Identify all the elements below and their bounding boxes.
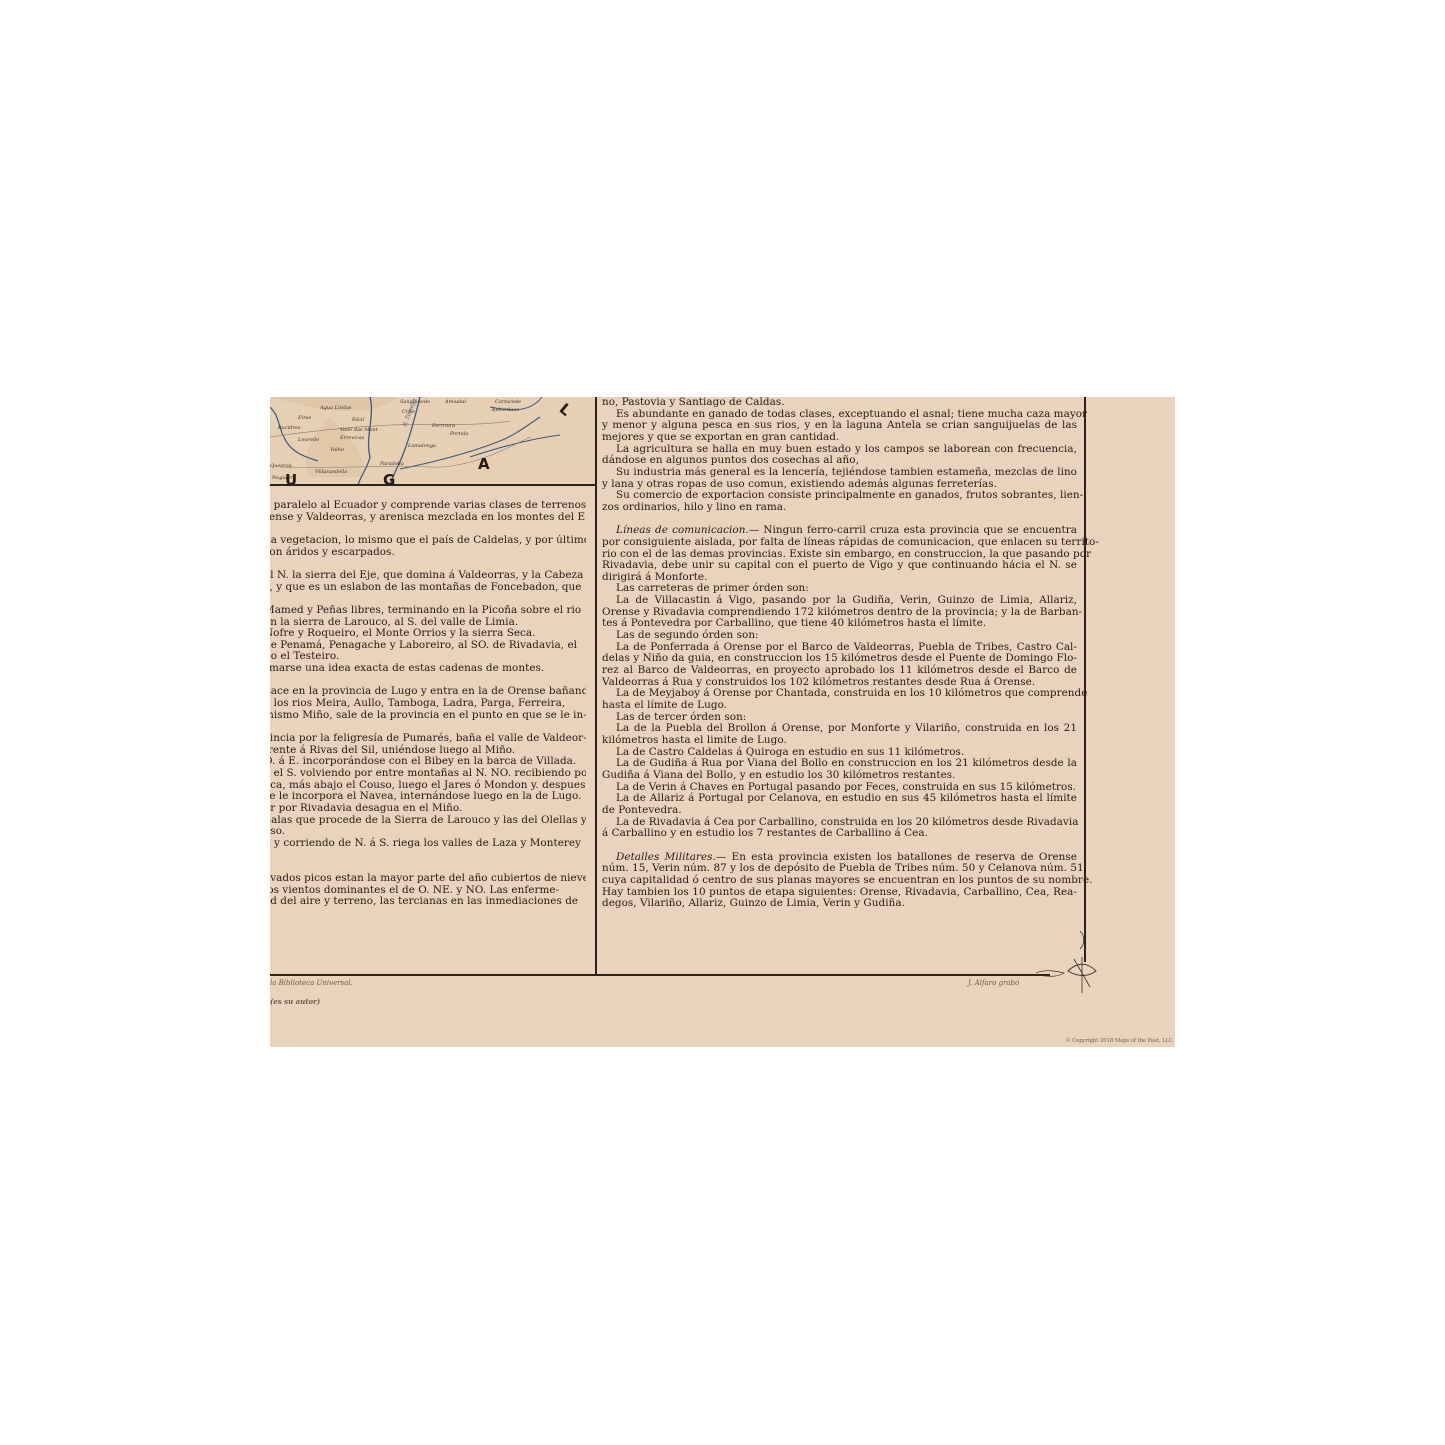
map-fragment: Agua Lindas Sanguinedo Amiudal Cartacede… bbox=[270, 397, 596, 485]
text-line: mejores y que se exportan en gran cantid… bbox=[602, 432, 1077, 444]
map-place-label: Paradella bbox=[379, 461, 404, 467]
text-line: rez al Barco de Valdeorras, en proyecto … bbox=[602, 665, 1077, 677]
text-line: kilómetros hasta el limite de Lugo. bbox=[602, 735, 1077, 747]
text-line: mismo Miño, sale de la provincia en el p… bbox=[270, 710, 586, 722]
text-line: ad del aire y terreno, las tercianas en … bbox=[270, 896, 586, 908]
map-bottom-rule bbox=[270, 484, 596, 486]
map-place-label: Portela bbox=[449, 431, 468, 437]
text-line: d y corriendo de N. á S. riega los valle… bbox=[270, 838, 586, 850]
left-text-column: o paralelo al Ecuador y comprende varias… bbox=[270, 500, 586, 908]
text-line: cuya capitalidad ó centro de sus planas … bbox=[602, 875, 1077, 887]
text-run: — En esta provincia existen los batallon… bbox=[716, 851, 1077, 863]
map-place-label: Valle das Mont bbox=[340, 427, 379, 433]
copyright-notice: © Copyright 2018 Maps of the Past, LLC bbox=[1065, 1038, 1173, 1044]
text-line: Gudiña á Viana del Bollo, y en estudio l… bbox=[602, 770, 1077, 782]
text-line: Su industria más general es la lencería,… bbox=[602, 467, 1077, 479]
paragraph-gap bbox=[270, 850, 586, 862]
text-line: ar por Rivadavia desagua en el Miño. bbox=[270, 803, 586, 815]
text-line: no, Pastovia y Santiago de Caldas. bbox=[602, 397, 1077, 409]
bottom-rule bbox=[270, 974, 1050, 976]
text-line: rmarse una idea exacta de estas cadenas … bbox=[270, 663, 586, 675]
map-place-label: Fácil bbox=[351, 416, 365, 423]
text-line: por consiguiente aislada, por falta de l… bbox=[602, 537, 1077, 549]
credit-library: la Biblioteca Universal. bbox=[270, 979, 353, 987]
map-place-label: Ferrreira bbox=[431, 423, 455, 429]
text-line: na vegetacion, lo mismo que el país de C… bbox=[270, 535, 586, 547]
text-line: al N. la sierra del Eje, que domina á Va… bbox=[270, 570, 586, 582]
text-line: Mamed y Peñas libres, terminando en la P… bbox=[270, 605, 586, 617]
text-line: rense y Valdeorras, y arenisca mezclada … bbox=[270, 512, 586, 524]
map-place-label: Villarandella bbox=[315, 469, 347, 475]
text-line: son áridos y escarpados. bbox=[270, 547, 586, 559]
map-letter-a: A bbox=[478, 455, 490, 473]
text-line: degos, Vilariño, Allariz, Guinzo de Limi… bbox=[602, 898, 1077, 910]
text-line: z, y que es un eslabon de las montañas d… bbox=[270, 582, 586, 594]
credit-engraver: J. Alfaro grabó bbox=[968, 979, 1019, 987]
map-place-label: Lamalonga bbox=[407, 443, 436, 449]
text-line: a los rios Meira, Aullo, Tamboga, Ladra,… bbox=[270, 698, 586, 710]
map-place-label: Kebordaos bbox=[491, 407, 519, 413]
text-line: zos ordinarios, hilo y lino en rama. bbox=[602, 502, 1077, 514]
map-place-label: Queircia bbox=[270, 463, 292, 469]
map-drawing: Agua Lindas Sanguinedo Amiudal Cartacede… bbox=[270, 397, 596, 485]
map-place-label: Errevicas bbox=[339, 435, 365, 441]
section-heading: Detalles Militares. bbox=[616, 851, 716, 863]
map-letter-g: G bbox=[383, 471, 395, 485]
map-place-label: Amiudal bbox=[444, 399, 466, 405]
text-line: evados picos estan la mayor parte del añ… bbox=[270, 873, 586, 885]
column-divider bbox=[595, 397, 597, 975]
map-place-label: Louredo bbox=[297, 437, 319, 443]
text-line: de Pontevedra. bbox=[602, 805, 1077, 817]
text-line: á Carballino y en estudio los 7 restante… bbox=[602, 828, 1077, 840]
map-place-label: Cartacede bbox=[495, 399, 521, 405]
flourish-ornament bbox=[1030, 927, 1102, 997]
text-line: a el S. volviendo por entre montañas al … bbox=[270, 768, 586, 780]
text-line: vincia por la feligresía de Pumarés, bañ… bbox=[270, 733, 586, 745]
text-line: hasta el límite de Lugo. bbox=[602, 700, 1077, 712]
text-line: Salas que procede de la Sierra de Larouc… bbox=[270, 815, 586, 827]
map-sheet: Agua Lindas Sanguinedo Amiudal Cartacede… bbox=[270, 397, 1175, 1047]
section-heading: Líneas de comunicacion. bbox=[616, 524, 749, 536]
map-place-label: Bucidres bbox=[277, 425, 301, 431]
right-text-column: no, Pastovia y Santiago de Caldas.Es abu… bbox=[602, 397, 1077, 910]
credit-author: (es su autor) bbox=[270, 997, 320, 1006]
map-place-label: Valho bbox=[330, 447, 344, 453]
map-place-label: Eiras bbox=[297, 415, 312, 421]
map-place-label: Agua Lindas bbox=[319, 405, 352, 411]
text-run: — Ningun ferro-carril cruza esta provinc… bbox=[749, 524, 1077, 536]
text-line: o paralelo al Ecuador y comprende varias… bbox=[270, 500, 586, 512]
map-letter-u: U bbox=[285, 471, 297, 485]
